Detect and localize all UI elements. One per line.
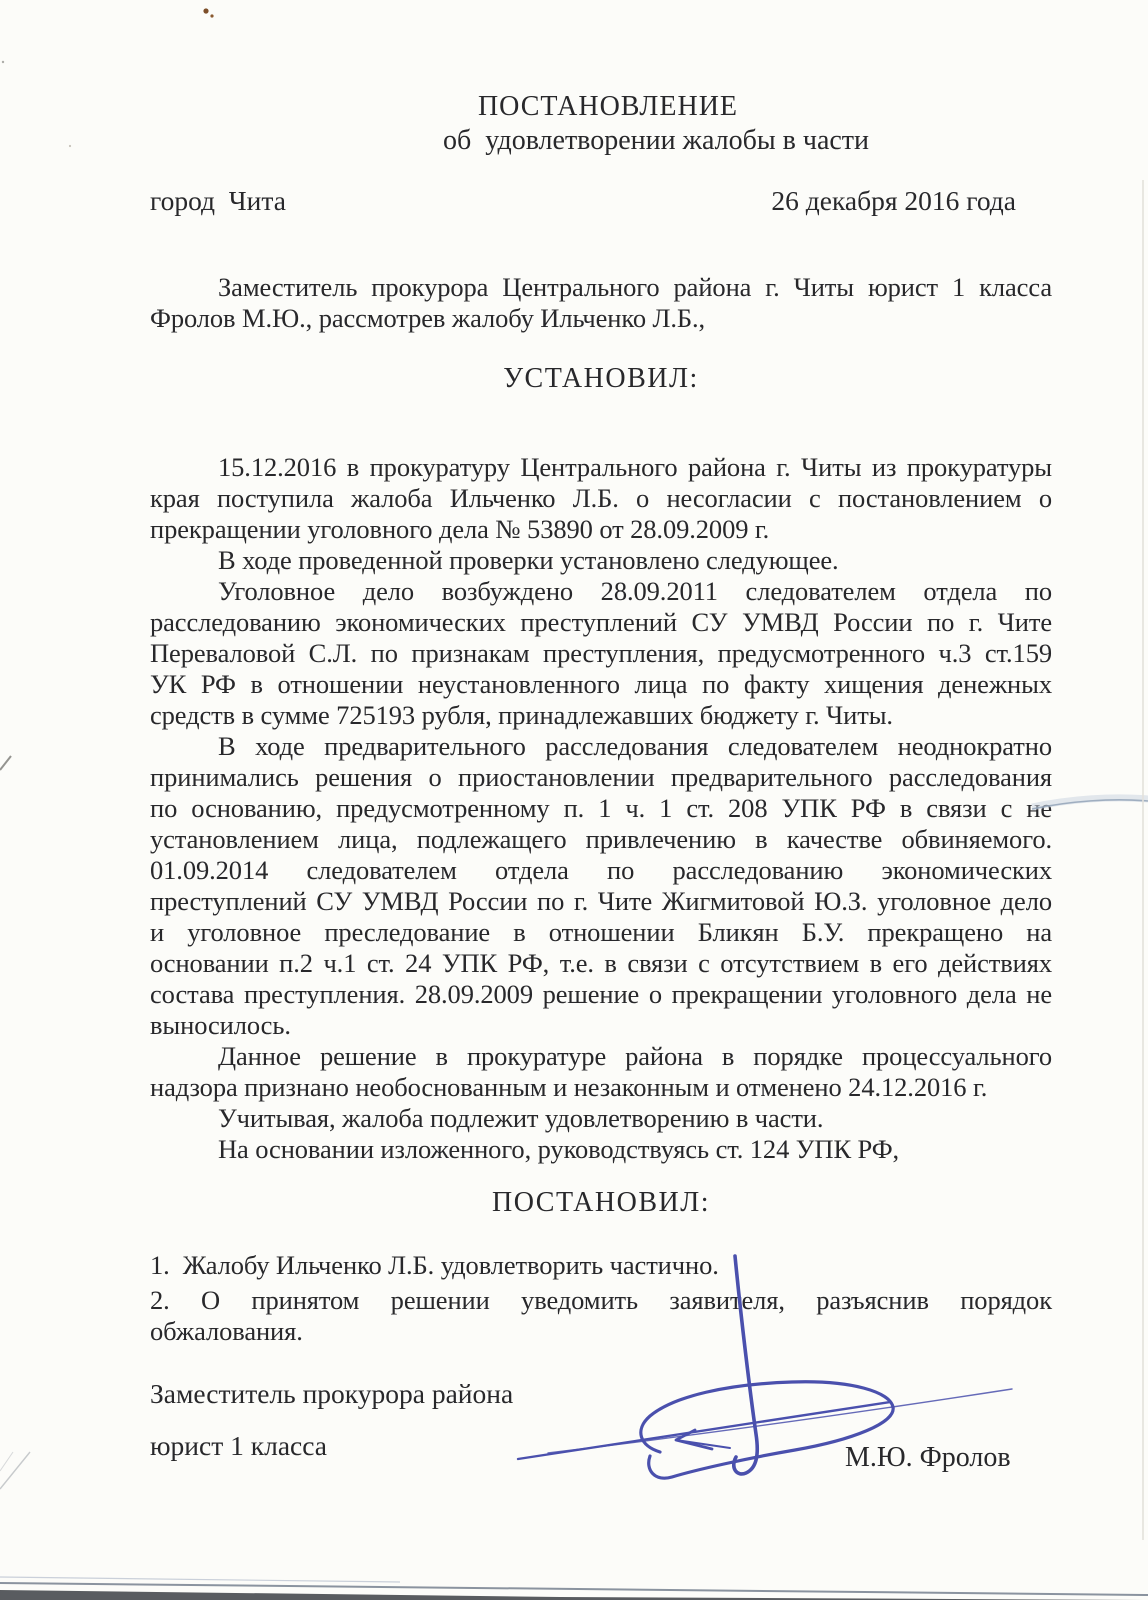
text-line: УК РФ в отношении неустановленного лица …: [150, 669, 1052, 700]
text-line: В ходе проведенной проверки установлено …: [150, 545, 1052, 576]
body-paragraph: Данное решение в прокуратуре района в по…: [150, 1041, 1052, 1103]
text-line: Уголовное дело возбуждено 28.09.2011 сле…: [150, 576, 1052, 607]
resolution-item-2: 2. О принятом решении уведомить заявител…: [150, 1285, 1052, 1347]
heading-resolved: ПОСТАНОВИЛ:: [150, 1186, 1052, 1219]
dust-speck: [2, 61, 4, 63]
dust-speck: [69, 145, 71, 147]
text-line: и уголовное преследование в отношении Бл…: [150, 917, 1052, 948]
text-line: В ходе предварительного расследования сл…: [150, 731, 1052, 762]
intro-paragraph: Заместитель прокурора Центрального район…: [150, 272, 1052, 334]
body-paragraph: Уголовное дело возбуждено 28.09.2011 сле…: [150, 576, 1052, 731]
text-line: преступлений СУ УМВД России по г. Чите Ж…: [150, 886, 1052, 917]
text-line: выносилось.: [150, 1010, 1052, 1041]
edge-mark: [0, 756, 11, 770]
text-line: принимались решения о приостановлении пр…: [150, 762, 1052, 793]
body-paragraph: В ходе предварительного расследования сл…: [150, 731, 1052, 1041]
scanner-bed-shadow: [0, 1590, 1148, 1600]
city-date-row: город Чита 26 декабря 2016 года: [150, 185, 1016, 217]
text-line: обжалования.: [150, 1316, 1052, 1347]
city-label: город Чита: [150, 185, 286, 217]
resolution-item-1: 1. Жалобу Ильченко Л.Б. удовлетворить ча…: [150, 1250, 1052, 1281]
text-line: Заместитель прокурора Центрального район…: [150, 272, 1052, 303]
document-subtitle: об удовлетворении жалобы в части: [150, 124, 1148, 158]
edge-scratch: [0, 1452, 13, 1471]
text-line: Учитывая, жалоба подлежит удовлетворению…: [150, 1103, 1052, 1134]
text-line: 1. Жалобу Ильченко Л.Б. удовлетворить ча…: [150, 1250, 1052, 1281]
document-title: ПОСТАНОВЛЕНИЕ: [150, 90, 1066, 124]
edge-scratch: [0, 1452, 30, 1489]
scanned-document-page: ПОСТАНОВЛЕНИЕ об удовлетворении жалобы в…: [0, 0, 1148, 1600]
text-line: Переваловой С.Л. по признакам преступлен…: [150, 638, 1052, 669]
text-line: Фролов М.Ю., рассмотрев жалобу Ильченко …: [150, 303, 1052, 334]
text-line: по основанию, предусмотренному п. 1 ч. 1…: [150, 793, 1052, 824]
body-paragraph: Учитывая, жалоба подлежит удовлетворению…: [150, 1103, 1052, 1134]
date-label: 26 декабря 2016 года: [771, 185, 1016, 217]
text-line: основании п.2 ч.1 ст. 24 УПК РФ, т.е. в …: [150, 948, 1052, 979]
text-line: На основании изложенного, руководствуясь…: [150, 1134, 1052, 1165]
text-line: Данное решение в прокуратуре района в по…: [150, 1041, 1052, 1072]
page-edge-bottom: [0, 1577, 400, 1582]
body-paragraph: 15.12.2016 в прокуратуру Центрального ра…: [150, 452, 1052, 545]
ink-speck: [210, 14, 213, 17]
signer-position-line2: юрист 1 класса: [150, 1430, 327, 1462]
text-line: 2. О принятом решении уведомить заявител…: [150, 1285, 1052, 1316]
signer-name: М.Ю. Фролов: [845, 1442, 1011, 1474]
text-line: средств в сумме 725193 рубля, принадлежа…: [150, 700, 1052, 731]
body-paragraph: В ходе проведенной проверки установлено …: [150, 545, 1052, 576]
body-paragraph: На основании изложенного, руководствуясь…: [150, 1134, 1052, 1165]
heading-established: УСТАНОВИЛ:: [150, 362, 1052, 395]
ink-speck: [203, 8, 208, 13]
text-line: состава преступления. 28.09.2009 решение…: [150, 979, 1052, 1010]
text-line: края поступила жалоба Ильченко Л.Б. о не…: [150, 483, 1052, 514]
text-line: установлением лица, подлежащего привлече…: [150, 824, 1052, 855]
text-line: надзора признано необоснованным и незако…: [150, 1072, 1052, 1103]
text-line: 01.09.2014 следователем отдела по рассле…: [150, 855, 1052, 886]
text-line: 15.12.2016 в прокуратуру Центрального ра…: [150, 452, 1052, 483]
text-line: расследованию экономических преступлений…: [150, 607, 1052, 638]
signer-position-line1: Заместитель прокурора района: [150, 1378, 513, 1410]
text-line: прекращении уголовного дела № 53890 от 2…: [150, 514, 1052, 545]
page-edge-bottom: [0, 1583, 1148, 1595]
